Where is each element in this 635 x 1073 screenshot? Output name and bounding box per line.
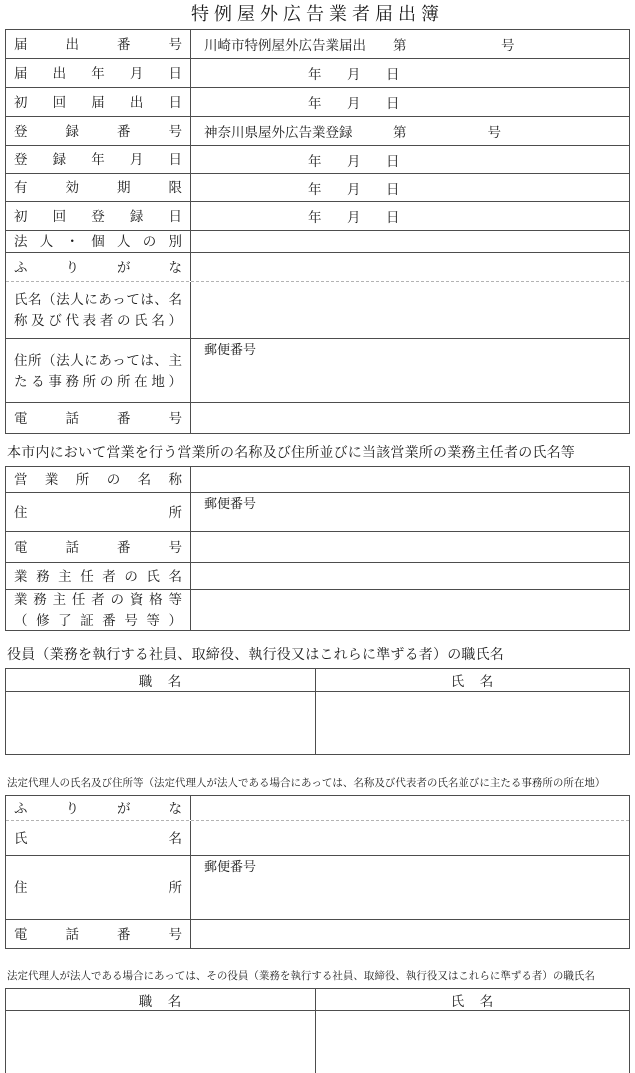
form-body: 届出番号川崎市特例屋外広告業届出 第 号届出年月日年 月 日初回届出日年 月 日…	[5, 29, 630, 1073]
table-row: 初回登録日年 月 日	[6, 202, 629, 231]
row-value: 年 月 日	[191, 174, 629, 201]
row-value	[191, 920, 629, 948]
row-value	[191, 590, 629, 630]
row-label: 初回届出日	[6, 88, 191, 116]
row-label-text: 氏名（法人にあっては、名称及び代表者の氏名）	[14, 289, 182, 331]
blank-cell	[316, 1011, 629, 1073]
row-label: 届出年月日	[6, 59, 191, 87]
row-value-text: 年 月 日	[191, 206, 406, 226]
table-row: 住所（法人にあっては、主たる事務所の所在地）郵便番号	[6, 339, 629, 403]
row-label-line: 業務主任者の資格等	[14, 589, 182, 610]
row-value-text: 年 月 日	[191, 92, 406, 112]
legal-rep-heading: 法定代理人の氏名及び住所等（法定代理人が法人である場合にあっては、名称及び代表者…	[7, 778, 630, 790]
table-row: 届出番号川崎市特例屋外広告業届出 第 号	[6, 30, 629, 59]
row-label-text: 住所（法人にあっては、主たる事務所の所在地）	[14, 350, 182, 392]
office-heading: 本市内において営業を行う営業所の名称及び住所並びに当該営業所の業務主任者の氏名等	[7, 446, 630, 461]
row-label: 登録番号	[6, 117, 191, 145]
row-label-text: ふりがな	[14, 798, 182, 819]
row-value: 川崎市特例屋外広告業届出 第 号	[191, 30, 629, 58]
row-label: 氏名（法人にあっては、名称及び代表者の氏名）	[6, 282, 191, 338]
notification-table: 届出番号川崎市特例屋外広告業届出 第 号届出年月日年 月 日初回届出日年 月 日…	[5, 29, 630, 434]
table-row: 住所郵便番号	[6, 493, 629, 532]
row-label-text: 住所	[14, 877, 182, 898]
table-row: 有効期限年 月 日	[6, 174, 629, 202]
row-value: 神奈川県屋外広告業登録 第 号	[191, 117, 629, 145]
row-label-text: 初回登録日	[14, 206, 182, 227]
row-label-text: 電話番号	[14, 924, 182, 945]
row-value: 年 月 日	[191, 202, 629, 230]
form-page: 特例屋外広告業者届出簿 届出番号川崎市特例屋外広告業届出 第 号届出年月日年 月…	[0, 0, 635, 1073]
table-row: 業務主任者の氏名	[6, 563, 629, 590]
row-value	[191, 796, 629, 820]
column-header-title: 職 名	[6, 989, 316, 1010]
table-row: 初回届出日年 月 日	[6, 88, 629, 117]
row-value-text: 年 月 日	[191, 178, 406, 198]
row-label-line: （修了証番号等）	[14, 610, 182, 631]
row-value: 郵便番号	[191, 856, 629, 919]
legal-rep-table: ふりがな氏名住所郵便番号電話番号	[5, 795, 630, 949]
blank-cell	[6, 692, 316, 754]
office-table: 営業所の名称住所郵便番号電話番号業務主任者の氏名業務主任者の資格等（修了証番号等…	[5, 466, 630, 631]
row-label: ふりがな	[6, 253, 191, 281]
table-row: 業務主任者の資格等（修了証番号等）	[6, 590, 629, 630]
legal-rep-officers-heading: 法定代理人が法人である場合にあっては、その役員（業務を執行する社員、取締役、執行…	[7, 971, 630, 983]
table-row	[6, 692, 629, 754]
row-label: 業務主任者の資格等（修了証番号等）	[6, 590, 191, 630]
postal-label: 郵便番号	[191, 339, 629, 358]
row-label-text: 住所	[14, 502, 182, 523]
row-label-text: 届出番号	[14, 34, 182, 55]
row-value	[191, 231, 629, 252]
table-header-row: 職 名氏 名	[6, 669, 629, 692]
table-row: 氏名	[6, 821, 629, 856]
row-value-text: 川崎市特例屋外広告業届出 第 号	[191, 34, 515, 54]
row-label-text: ふりがな	[14, 257, 182, 278]
row-label-text: 営業所の名称	[14, 469, 182, 490]
table-row: 氏名（法人にあっては、名称及び代表者の氏名）	[6, 282, 629, 339]
table-row: 営業所の名称	[6, 467, 629, 493]
table-row: 届出年月日年 月 日	[6, 59, 629, 88]
row-label-text: 登録年月日	[14, 149, 182, 170]
row-label: 電話番号	[6, 403, 191, 433]
postal-label: 郵便番号	[191, 856, 629, 875]
table-row: 電話番号	[6, 532, 629, 563]
row-value	[191, 821, 629, 855]
form-title: 特例屋外広告業者届出簿	[5, 0, 630, 26]
row-label: 営業所の名称	[6, 467, 191, 492]
row-value: 郵便番号	[191, 493, 629, 531]
row-value: 年 月 日	[191, 146, 629, 173]
row-label: 有効期限	[6, 174, 191, 201]
table-row	[6, 1011, 629, 1073]
column-header-title: 職 名	[6, 669, 316, 691]
column-header-name: 氏 名	[316, 669, 629, 691]
row-label: 届出番号	[6, 30, 191, 58]
legal-rep-officers-table: 職 名氏 名	[5, 988, 630, 1073]
table-row: 電話番号	[6, 920, 629, 948]
row-value	[191, 467, 629, 492]
row-value-text: 神奈川県屋外広告業登録 第 号	[191, 121, 501, 141]
table-row: 電話番号	[6, 403, 629, 433]
row-label: 氏名	[6, 821, 191, 855]
row-label: 初回登録日	[6, 202, 191, 230]
row-label-text: 氏名	[14, 828, 182, 849]
row-value	[191, 253, 629, 281]
blank-cell	[316, 692, 629, 754]
table-row: 法人・個人の別	[6, 231, 629, 253]
column-header-name: 氏 名	[316, 989, 629, 1010]
row-label-text: 法人・個人の別	[14, 231, 182, 252]
blank-cell	[6, 1011, 316, 1073]
row-label-text: 有効期限	[14, 177, 182, 198]
table-row: 登録番号神奈川県屋外広告業登録 第 号	[6, 117, 629, 146]
row-label: 住所	[6, 856, 191, 919]
row-value	[191, 532, 629, 562]
row-value	[191, 282, 629, 338]
row-label: 住所（法人にあっては、主たる事務所の所在地）	[6, 339, 191, 402]
table-row: ふりがな	[6, 796, 629, 821]
row-label-text: 届出年月日	[14, 63, 182, 84]
officers-heading: 役員（業務を執行する社員、取締役、執行役又はこれらに準ずる者）の職氏名	[7, 648, 630, 663]
row-value-text: 年 月 日	[191, 63, 406, 83]
row-label: 法人・個人の別	[6, 231, 191, 252]
row-label: 業務主任者の氏名	[6, 563, 191, 589]
row-value	[191, 403, 629, 433]
row-label: 電話番号	[6, 920, 191, 948]
table-row: ふりがな	[6, 253, 629, 282]
row-value: 郵便番号	[191, 339, 629, 402]
row-label-text: 初回届出日	[14, 92, 182, 113]
row-label-text: 電話番号	[14, 408, 182, 429]
officers-table: 職 名氏 名	[5, 668, 630, 755]
row-label-text: 電話番号	[14, 537, 182, 558]
row-label: ふりがな	[6, 796, 191, 820]
row-value	[191, 563, 629, 589]
row-label: 電話番号	[6, 532, 191, 562]
row-value-text: 年 月 日	[191, 150, 406, 170]
table-header-row: 職 名氏 名	[6, 989, 629, 1011]
table-row: 住所郵便番号	[6, 856, 629, 920]
row-label-text: 業務主任者の氏名	[14, 566, 182, 587]
row-label: 登録年月日	[6, 146, 191, 173]
row-value: 年 月 日	[191, 88, 629, 116]
row-value: 年 月 日	[191, 59, 629, 87]
postal-label: 郵便番号	[191, 493, 629, 512]
table-row: 登録年月日年 月 日	[6, 146, 629, 174]
row-label-text: 登録番号	[14, 121, 182, 142]
row-label: 住所	[6, 493, 191, 531]
